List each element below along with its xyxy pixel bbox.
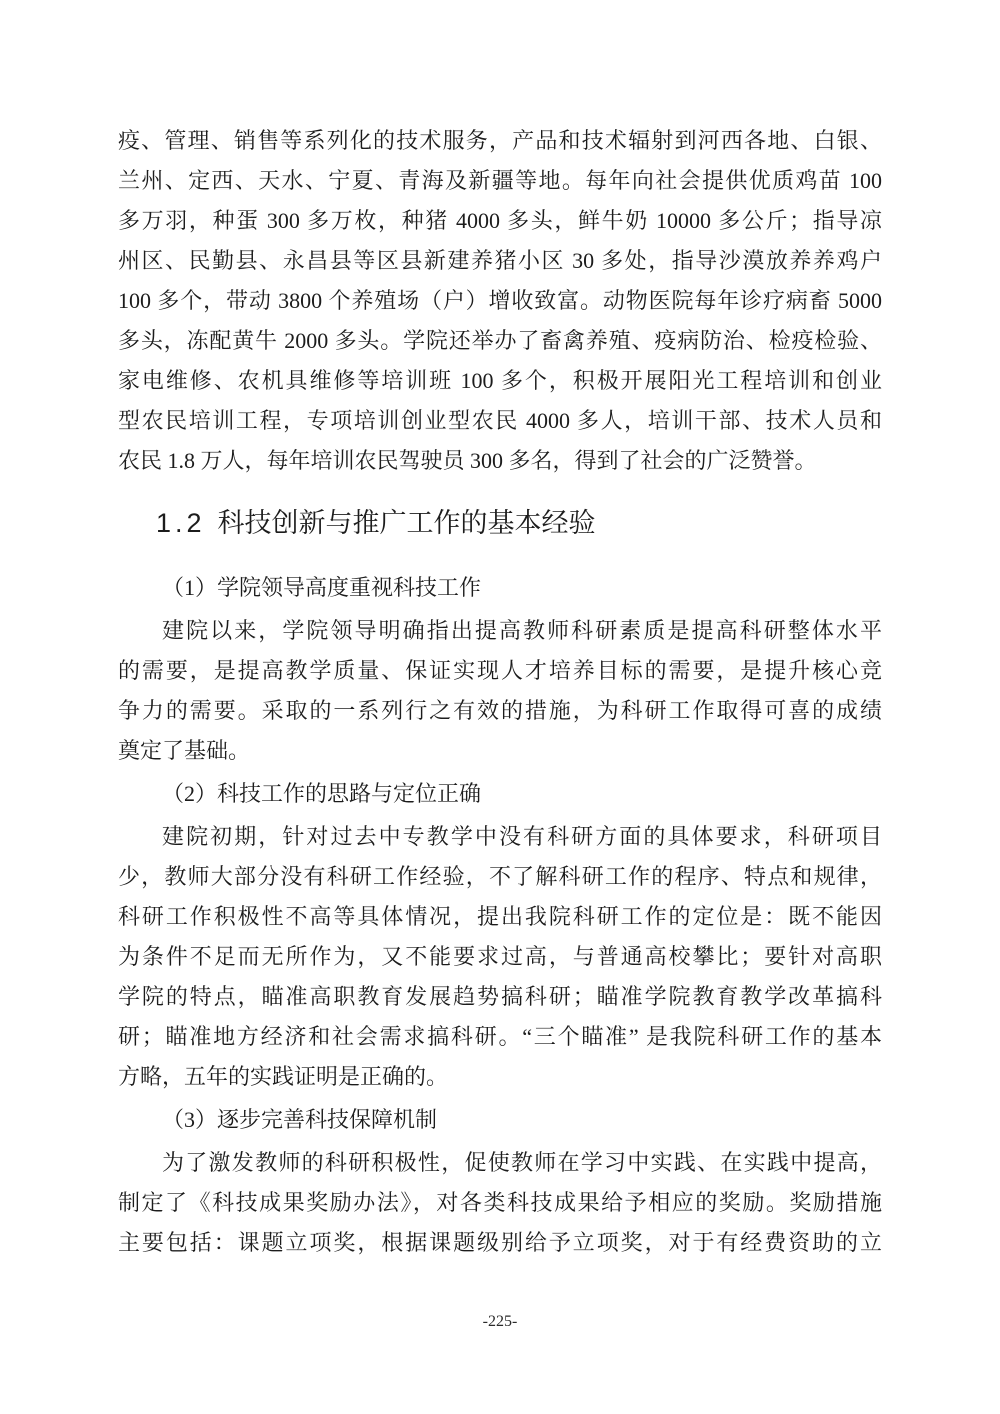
- text-line: 多头，冻配黄牛 2000 多头。学院还举办了畜禽养殖、疫病防治、检疫检验、: [118, 321, 882, 361]
- intro-paragraph: 疫、管理、销售等系列化的技术服务，产品和技术辐射到河西各地、白银、 兰州、定西、…: [118, 121, 882, 481]
- text-line: 100 多个，带动 3800 个养殖场（户）增收致富。动物医院每年诊疗病畜 50…: [118, 281, 882, 321]
- text-line: 学院的特点，瞄准高职教育发展趋势搞科研；瞄准学院教育教学改革搞科: [118, 977, 882, 1017]
- document-page: 疫、管理、销售等系列化的技术服务，产品和技术辐射到河西各地、白银、 兰州、定西、…: [0, 0, 1000, 1414]
- section-heading-title: 科技创新与推广工作的基本经验: [218, 508, 596, 538]
- subsection-heading-1: （1）学院领导高度重视科技工作: [118, 568, 882, 608]
- text-line: 建院以来，学院领导明确指出提高教师科研素质是提高科研整体水平: [118, 611, 882, 651]
- text-line: 方略，五年的实践证明是正确的。: [118, 1057, 882, 1097]
- text-line: 农民 1.8 万人，每年培训农民驾驶员 300 多名，得到了社会的广泛赞誉。: [118, 441, 882, 481]
- text-line: 制定了《科技成果奖励办法》，对各类科技成果给予相应的奖励。奖励措施: [118, 1183, 882, 1223]
- subsection-heading-3: （3）逐步完善科技保障机制: [118, 1100, 882, 1140]
- text-line: 少，教师大部分没有科研工作经验，不了解科研工作的程序、特点和规律，: [118, 857, 882, 897]
- section-heading-number: 1.2: [156, 508, 206, 538]
- text-line: 研；瞄准地方经济和社会需求搞科研。“三个瞄准” 是我院科研工作的基本: [118, 1017, 882, 1057]
- text-line: 为了激发教师的科研积极性，促使教师在学习中实践、在实践中提高，: [118, 1143, 882, 1183]
- text-line: 多万羽，种蛋 300 多万枚，种猪 4000 多头，鲜牛奶 10000 多公斤；…: [118, 201, 882, 241]
- text-line: 科研工作积极性不高等具体情况，提出我院科研工作的定位是：既不能因: [118, 897, 882, 937]
- text-line: 的需要，是提高教学质量、保证实现人才培养目标的需要，是提升核心竞: [118, 651, 882, 691]
- section-heading: 1.2科技创新与推广工作的基本经验: [118, 503, 882, 543]
- text-line: 为条件不足而无所作为，又不能要求过高，与普通高校攀比；要针对高职: [118, 937, 882, 977]
- text-line: 疫、管理、销售等系列化的技术服务，产品和技术辐射到河西各地、白银、: [118, 121, 882, 161]
- text-line: 奠定了基础。: [118, 731, 882, 771]
- text-line: 兰州、定西、天水、宁夏、青海及新疆等地。每年向社会提供优质鸡苗 100: [118, 161, 882, 201]
- subsection-paragraph-2: 建院初期，针对过去中专教学中没有科研方面的具体要求，科研项目 少，教师大部分没有…: [118, 817, 882, 1097]
- text-line: 争力的需要。采取的一系列行之有效的措施，为科研工作取得可喜的成绩: [118, 691, 882, 731]
- subsection-heading-2: （2）科技工作的思路与定位正确: [118, 774, 882, 814]
- text-line: 型农民培训工程，专项培训创业型农民 4000 多人，培训干部、技术人员和: [118, 401, 882, 441]
- text-line: 主要包括：课题立项奖，根据课题级别给予立项奖，对于有经费资助的立: [118, 1223, 882, 1263]
- text-line: 建院初期，针对过去中专教学中没有科研方面的具体要求，科研项目: [118, 817, 882, 857]
- subsection-paragraph-3: 为了激发教师的科研积极性，促使教师在学习中实践、在实践中提高， 制定了《科技成果…: [118, 1143, 882, 1263]
- text-line: 家电维修、农机具维修等培训班 100 多个，积极开展阳光工程培训和创业: [118, 361, 882, 401]
- page-number: -225-: [0, 1312, 1000, 1332]
- subsection-paragraph-1: 建院以来，学院领导明确指出提高教师科研素质是提高科研整体水平 的需要，是提高教学…: [118, 611, 882, 771]
- text-line: 州区、民勤县、永昌县等区县新建养猪小区 30 多处，指导沙漠放养养鸡户: [118, 241, 882, 281]
